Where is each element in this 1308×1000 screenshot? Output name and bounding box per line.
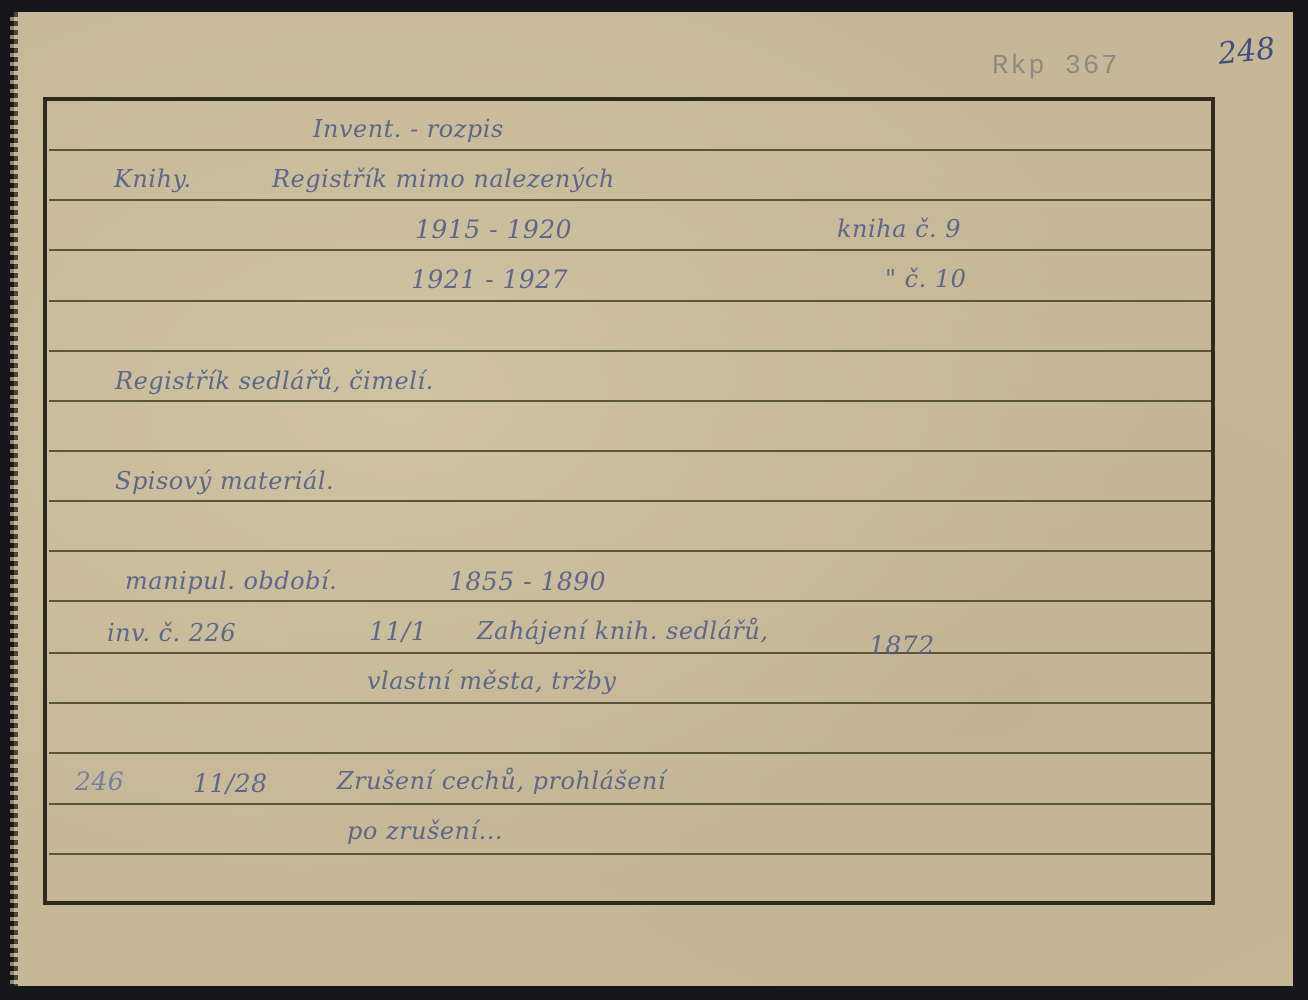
ruled-line bbox=[49, 853, 1211, 855]
ruled-line bbox=[49, 199, 1211, 201]
ruled-line bbox=[49, 652, 1211, 654]
ruled-line bbox=[49, 400, 1211, 402]
card-heading: Invent. - rozpis bbox=[313, 115, 504, 143]
perforated-edge bbox=[10, 12, 18, 986]
entry-desc-246: Zrušení cechů, prohlášení bbox=[337, 767, 666, 795]
ruled-line bbox=[49, 752, 1211, 754]
entry-books-label: Knihy. bbox=[114, 165, 192, 193]
entry-inv-246: 246 bbox=[75, 767, 124, 796]
ruled-line bbox=[49, 600, 1211, 602]
entry-desc-226-cont: vlastní města, tržby bbox=[367, 667, 616, 695]
entry-desc-226: Zahájení knih. sedlářů, bbox=[477, 617, 768, 645]
entry-files: Spisový materiál. bbox=[115, 467, 334, 495]
ruled-line bbox=[49, 249, 1211, 251]
ruled-line bbox=[49, 350, 1211, 352]
entry-register: Registřík sedlářů, čimelí. bbox=[115, 367, 434, 395]
entry-desc-246-cont: po zrušení... bbox=[347, 817, 503, 845]
entry-sig-11-1: 11/1 bbox=[369, 617, 427, 646]
entry-ref-1: kniha č. 9 bbox=[837, 215, 961, 243]
ruled-line bbox=[49, 550, 1211, 552]
entry-year-1872: 1872 bbox=[869, 631, 935, 660]
ruled-line bbox=[49, 702, 1211, 704]
scanned-document: Rkp 367 248 Invent. - rozpis Knihy. Regi… bbox=[0, 0, 1308, 1000]
entry-period-label: manipul. období. bbox=[125, 567, 337, 595]
folio-number: 248 bbox=[1216, 31, 1277, 72]
entry-years-1: 1915 - 1920 bbox=[415, 215, 572, 244]
entry-inv-226: inv. č. 226 bbox=[107, 619, 236, 647]
index-card: Rkp 367 248 Invent. - rozpis Knihy. Regi… bbox=[14, 12, 1293, 986]
ruled-line bbox=[49, 149, 1211, 151]
ruled-line bbox=[49, 803, 1211, 805]
entry-sig-11-28: 11/28 bbox=[193, 769, 268, 798]
ruled-frame: Invent. - rozpis Knihy. Registřík mimo n… bbox=[43, 97, 1215, 905]
ruled-line bbox=[49, 450, 1211, 452]
collection-stamp: Rkp 367 bbox=[992, 52, 1119, 82]
ruled-line bbox=[49, 500, 1211, 502]
entry-years-2: 1921 - 1927 bbox=[411, 265, 568, 294]
ruled-line bbox=[49, 300, 1211, 302]
entry-books-desc: Registřík mimo nalezených bbox=[272, 165, 615, 193]
entry-period-years: 1855 - 1890 bbox=[449, 567, 606, 596]
entry-ref-2: " č. 10 bbox=[885, 265, 966, 293]
